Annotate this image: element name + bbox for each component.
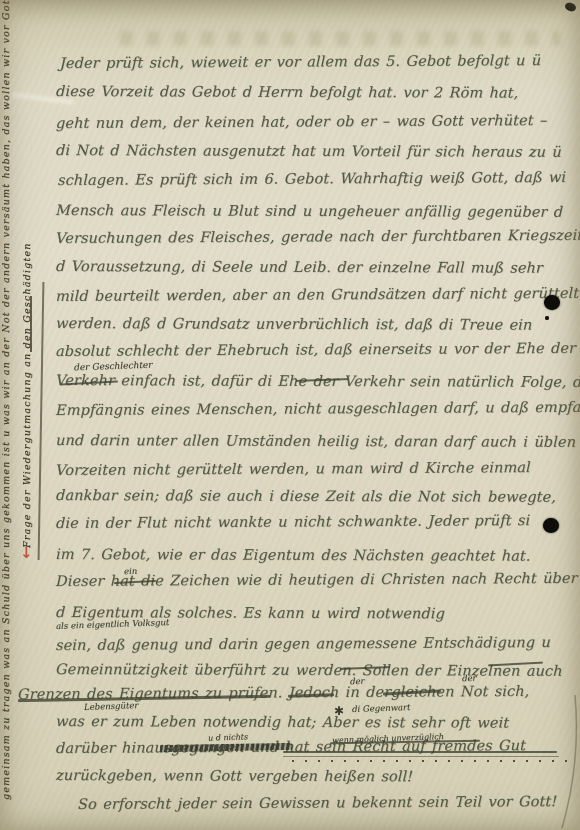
ink-speck <box>545 316 549 320</box>
dotted-underline <box>292 760 576 762</box>
manuscript-line-12: Verkehr einfach ist, dafür di Ehe der Ve… <box>56 372 580 393</box>
manuscript-line-13: Empfängnis eines Menschen, nicht ausgesc… <box>56 399 580 421</box>
manuscript-line-22: Gemeinnützigkeit überführt zu werden. So… <box>56 661 563 682</box>
manuscript-line-15: Vorzeiten nicht gerüttelt werden, u man … <box>56 459 531 481</box>
manuscript-line-24: was er zum Leben notwendig hat; Aber es … <box>56 713 510 734</box>
underline-rule <box>283 756 559 757</box>
manuscript-line-21: sein, daß genug und darin gegen angemess… <box>56 634 551 656</box>
manuscript-page: Jeder prüft sich, wieweit er vor allem d… <box>0 0 580 830</box>
manuscript-line-05: schlagen. Es prüft sich im 6. Gebot. Wah… <box>58 169 567 191</box>
strikethrough-mark <box>283 751 557 753</box>
manuscript-line-18: im 7. Gebot, wie er das Eigentum des Näc… <box>56 546 531 567</box>
margin-annotation-main: gemeinsam zu tragen was an Schuld über u… <box>1 14 12 800</box>
interlinear-insertion: der <box>462 674 477 685</box>
manuscript-line-17: die in der Flut nicht wankte u nicht sch… <box>56 512 531 534</box>
manuscript-line-26: zurückgeben, wenn Gott vergeben heißen s… <box>56 767 414 787</box>
ink-offset-smudge <box>120 31 560 46</box>
manuscript-line-09: mild beurteilt werden, aber an den Grund… <box>56 285 580 307</box>
edge-ink-speck <box>564 1 577 12</box>
asterisk-mark: ✱ <box>334 704 344 718</box>
manuscript-line-02: diese Vorzeit das Gebot d Herrn befolgt … <box>56 83 519 104</box>
manuscript-line-27: So erforscht jeder sein Gewissen u beken… <box>78 793 558 815</box>
interlinear-insertion: der <box>350 677 365 688</box>
interlinear-insertion: u d nichts <box>208 732 248 742</box>
punch-hole-top <box>544 295 560 310</box>
manuscript-line-14: und darin unter allen Umständen heilig i… <box>56 432 577 453</box>
red-arrow-mark: ↓ <box>20 544 33 562</box>
manuscript-line-08: d Voraussetzung, di Seele und Leib. der … <box>56 258 544 279</box>
manuscript-line-16: dankbar sein; daß sie auch i diese Zeit … <box>56 487 557 508</box>
margin-strikethrough-mark <box>30 296 32 352</box>
interlinear-insertion: ein <box>124 567 138 577</box>
interlinear-insertion: di Gegenwart <box>352 703 411 715</box>
manuscript-line-10: werden. daß d Grundsatz unverbrüchlich i… <box>56 315 533 336</box>
manuscript-line-06: Mensch aus Fleisch u Blut sind u ungeheu… <box>56 202 564 223</box>
manuscript-line-11: absolut schlecht der Ehebruch ist, daß e… <box>56 340 577 362</box>
manuscript-line-03: geht nun dem, der keinen hat, oder ob er… <box>56 112 548 134</box>
punch-hole-bottom <box>543 518 559 533</box>
manuscript-line-04: di Not d Nächsten ausgenutzt hat um Vort… <box>56 142 562 163</box>
margin-bracket-line <box>38 282 44 560</box>
manuscript-line-07: Versuchungen des Fleisches, gerade nach … <box>56 227 580 249</box>
manuscript-line-01: Jeder prüft sich, wieweit er vor allem d… <box>60 52 542 74</box>
interlinear-insertion: Lebensgüter <box>84 701 139 713</box>
